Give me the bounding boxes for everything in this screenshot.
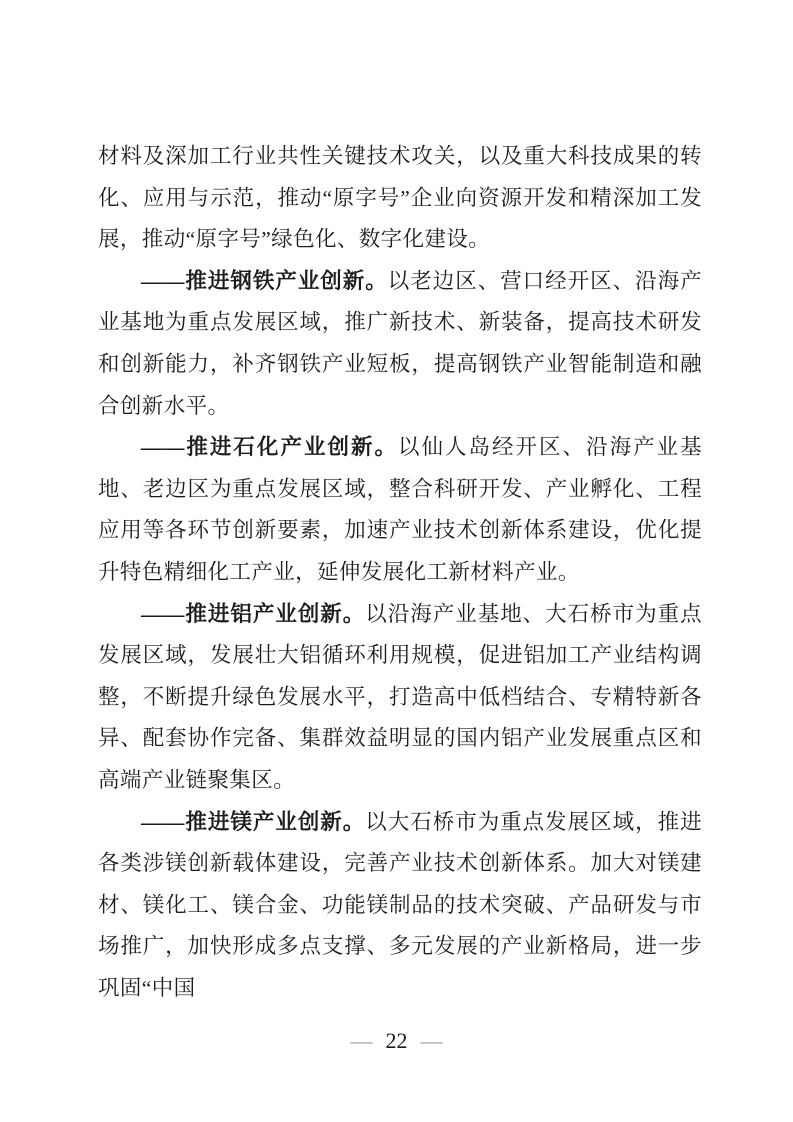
- paragraph-text: 以沿海产业基地、大石桥市为重点发展区域，发展壮大铝循环利用规模，促进铝加工产业结…: [98, 602, 702, 792]
- paragraph-lead: ——推进石化产业创新。: [141, 435, 398, 459]
- page-body: 材料及深加工行业共性关键技术攻关，以及重大科技成果的转化、应用与示范，推动“原字…: [98, 136, 702, 1009]
- page-number: —22—: [0, 1026, 793, 1056]
- body-paragraph: 材料及深加工行业共性关键技术攻关，以及重大科技成果的转化、应用与示范，推动“原字…: [98, 136, 702, 261]
- paragraph-text: 以大石桥市为重点发展区域，推进各类涉镁创新载体建设，完善产业技术创新体系。加大对…: [98, 810, 702, 1000]
- paragraph-lead: ——推进钢铁产业创新。: [141, 269, 388, 293]
- body-paragraph: ——推进镁产业创新。以大石桥市为重点发展区域，推进各类涉镁创新载体建设，完善产业…: [98, 802, 702, 1010]
- paragraph-lead: ——推进铝产业创新。: [141, 602, 365, 626]
- page-number-dash-left: —: [338, 1028, 386, 1053]
- paragraph-lead: ——推进镁产业创新。: [141, 810, 365, 834]
- document-page: 材料及深加工行业共性关键技术攻关，以及重大科技成果的转化、应用与示范，推动“原字…: [0, 0, 793, 1122]
- page-number-dash-right: —: [408, 1028, 456, 1053]
- body-paragraph: ——推进钢铁产业创新。以老边区、营口经开区、沿海产业基地为重点发展区域，推广新技…: [98, 261, 702, 427]
- page-number-value: 22: [386, 1028, 408, 1053]
- paragraph-text: 材料及深加工行业共性关键技术攻关，以及重大科技成果的转化、应用与示范，推动“原字…: [98, 144, 702, 251]
- body-paragraph: ——推进铝产业创新。以沿海产业基地、大石桥市为重点发展区域，发展壮大铝循环利用规…: [98, 594, 702, 802]
- body-paragraph: ——推进石化产业创新。以仙人岛经开区、沿海产业基地、老边区为重点发展区域，整合科…: [98, 427, 702, 593]
